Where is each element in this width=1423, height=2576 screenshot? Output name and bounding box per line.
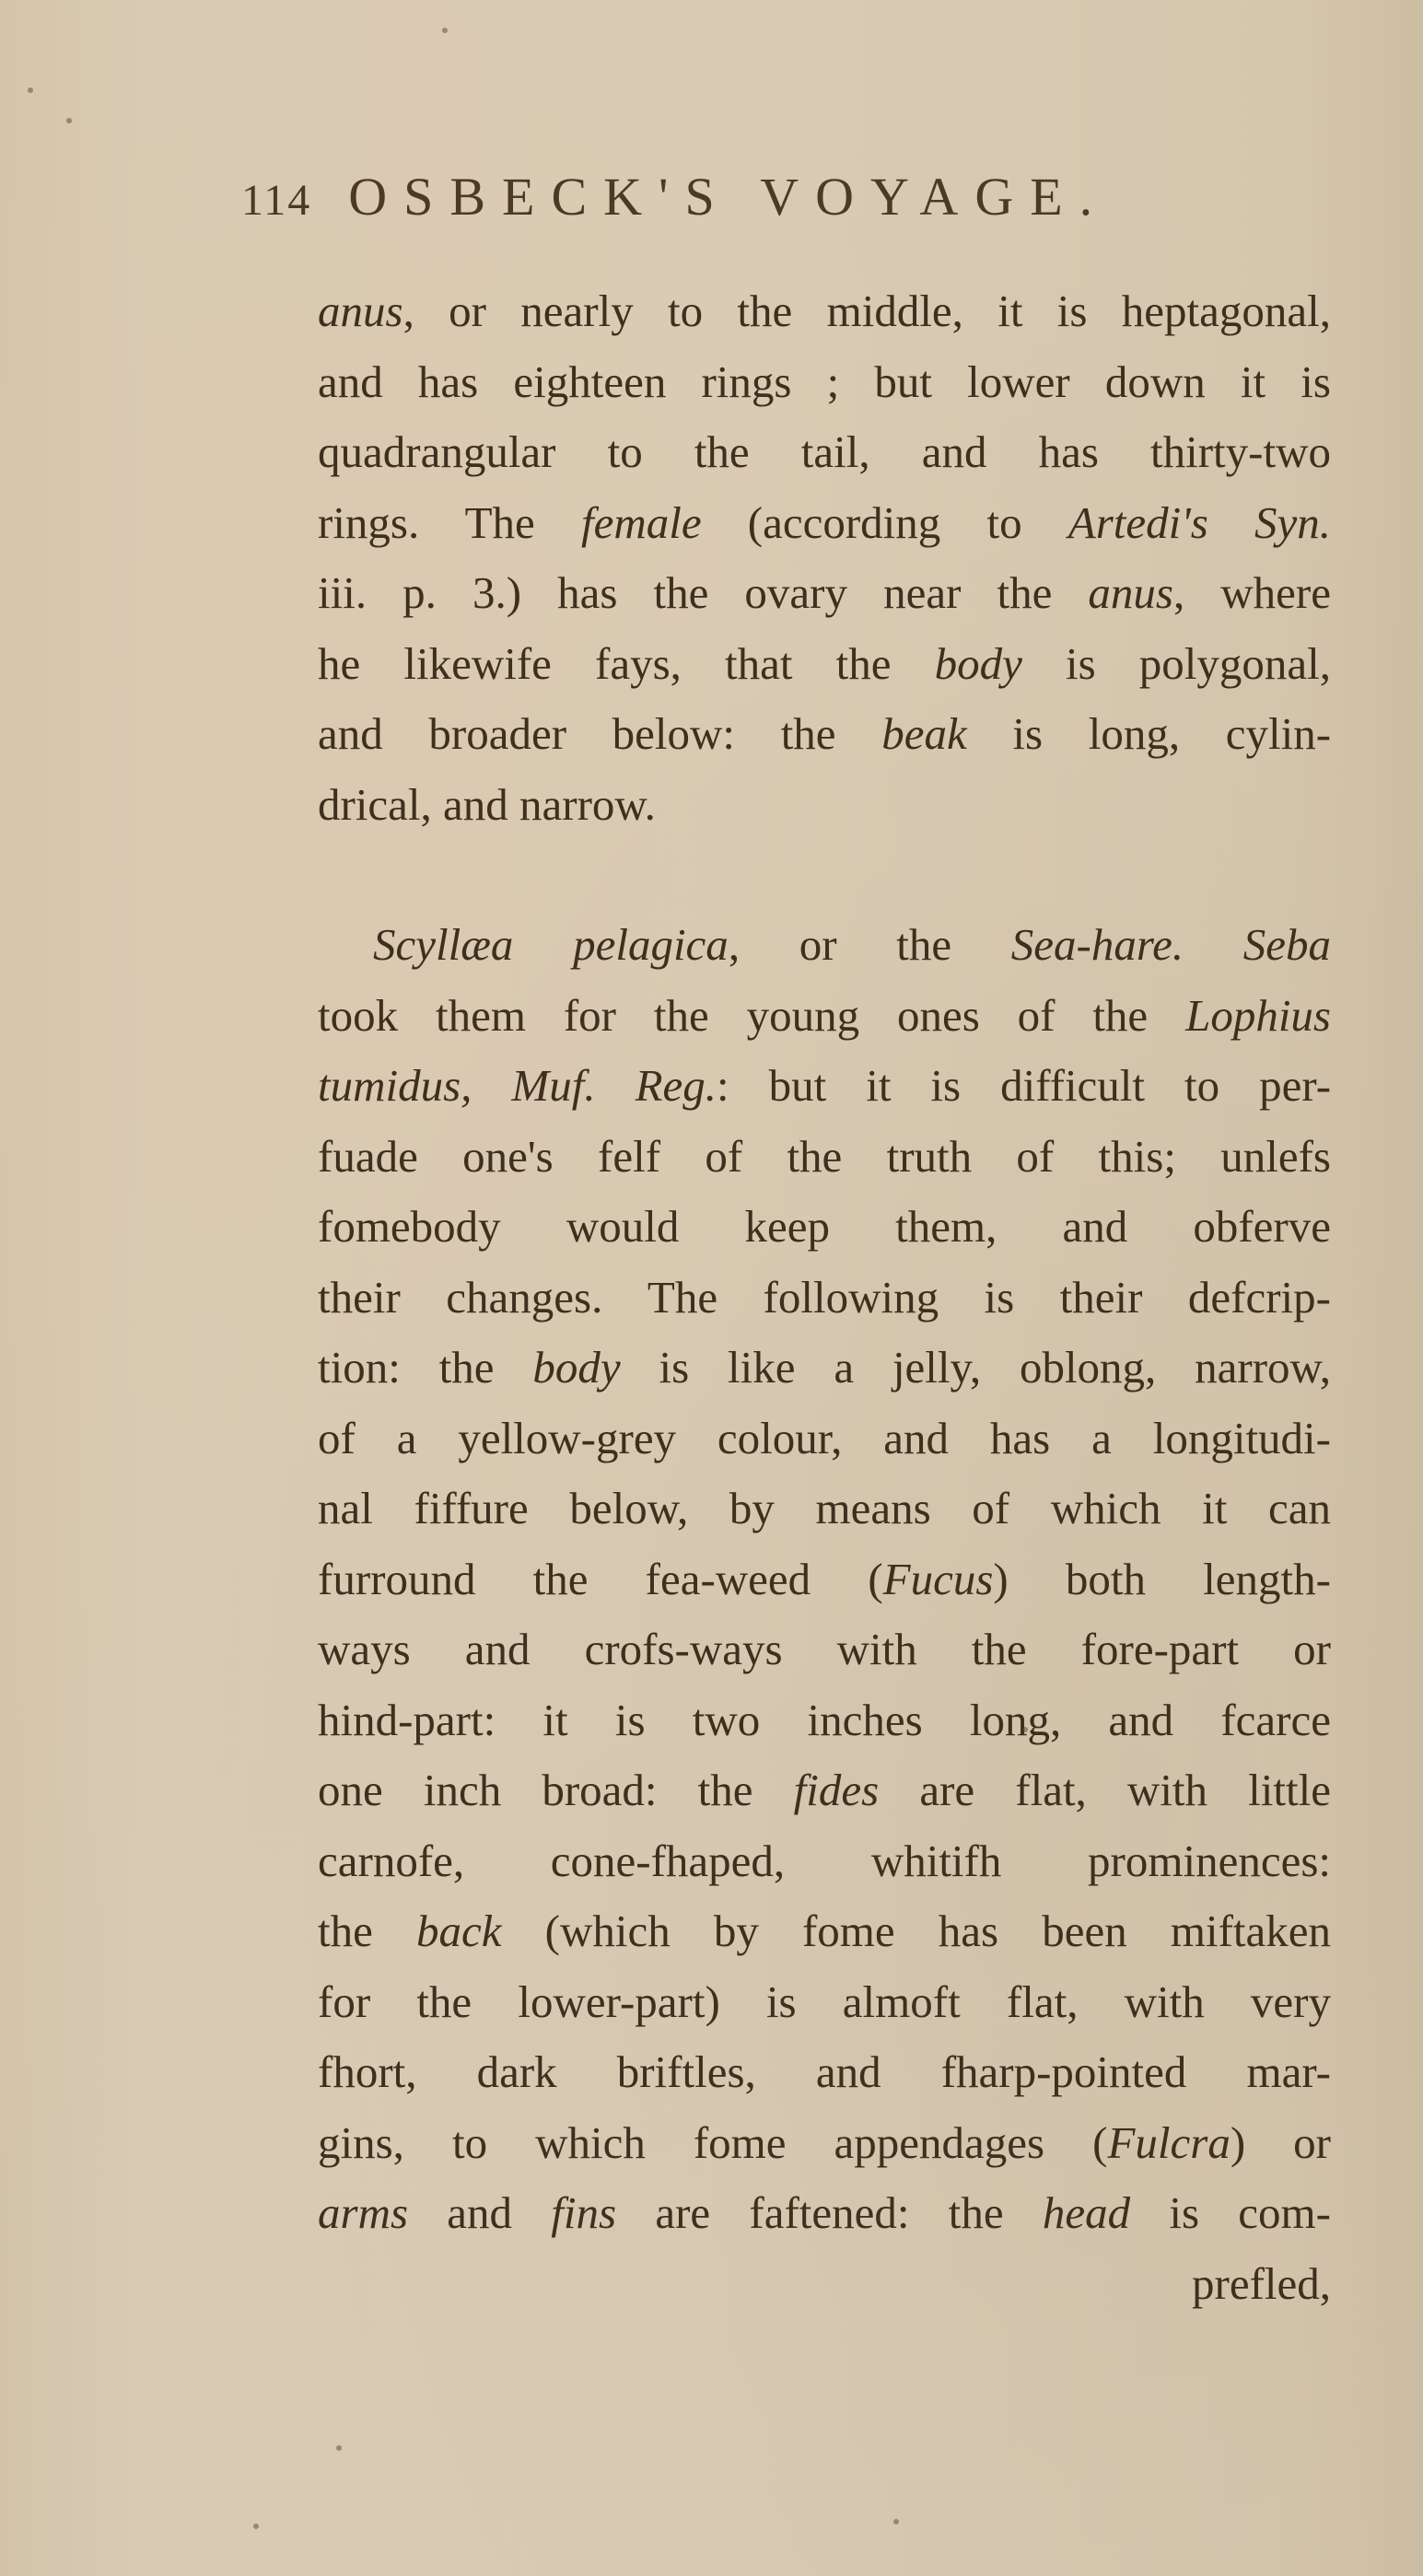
paper-speck	[336, 2445, 342, 2451]
text-line: of a yellow-grey colour, and has a longi…	[318, 1404, 1331, 1474]
text-line: fomebody would keep them, and obferve	[318, 1192, 1331, 1263]
text-line: he likewife fays, that the body is polyg…	[318, 629, 1331, 700]
text-line: drical, and narrow.	[318, 770, 1331, 841]
paper-speck	[893, 2519, 899, 2524]
text-line: fhort, dark briftles, and fharp-pointed …	[318, 2037, 1331, 2108]
paper-speck	[253, 2524, 259, 2529]
page-header: 114 OSBECK'S VOYAGE.	[241, 166, 1254, 267]
text-line: the back (which by fome has been miftake…	[318, 1896, 1331, 1967]
text-line: gins, to which fome appendages (Fulcra) …	[318, 2108, 1331, 2179]
text-line: carnofe, cone-fhaped, whitifh prominence…	[318, 1826, 1331, 1897]
text-line: their changes. The following is their de…	[318, 1263, 1331, 1334]
text-line: arms and fins are faftened: the head is …	[318, 2178, 1331, 2249]
paper-speck	[1022, 1727, 1028, 1732]
text-line: tumidus, Muf. Reg.: but it is difficult …	[318, 1051, 1331, 1122]
text-line: hind-part: it is two inches long, and fc…	[318, 1685, 1331, 1756]
catchword: prefled,	[318, 2249, 1331, 2320]
text-line: nal fiffure below, by means of which it …	[318, 1474, 1331, 1544]
text-line: and has eighteen rings ; but lower down …	[318, 347, 1331, 418]
text-line: furround the fea-weed (Fucus) both lengt…	[318, 1544, 1331, 1615]
text-line: for the lower-part) is almoft flat, with…	[318, 1967, 1331, 2038]
paragraph-pipefish-description: anus, or nearly to the middle, it is hep…	[318, 276, 1331, 840]
paper-speck	[442, 28, 448, 33]
text-line: took them for the young ones of the Loph…	[318, 981, 1331, 1052]
book-page: 114 OSBECK'S VOYAGE. anus, or nearly to …	[0, 0, 1423, 2576]
page-number: 114	[241, 175, 311, 226]
text-line: rings. The female (according to Artedi's…	[318, 488, 1331, 559]
paper-speck	[28, 87, 33, 93]
text-line: iii. p. 3.) has the ovary near the anus,…	[318, 558, 1331, 629]
text-line: quadrangular to the tail, and has thirty…	[318, 417, 1331, 488]
text-line: tion: the body is like a jelly, oblong, …	[318, 1333, 1331, 1404]
text-line: fuade one's felf of the truth of this; u…	[318, 1122, 1331, 1193]
running-title: OSBECK'S VOYAGE.	[348, 166, 1109, 227]
paper-speck	[66, 118, 72, 123]
text-line: Scyllæa pelagica, or the Sea-hare. Seba	[318, 910, 1331, 981]
text-line: one inch broad: the fides are flat, with…	[318, 1755, 1331, 1826]
text-line: and broader below: the beak is long, cyl…	[318, 699, 1331, 770]
body-text: anus, or nearly to the middle, it is hep…	[318, 276, 1331, 2319]
text-line: anus, or nearly to the middle, it is hep…	[318, 276, 1331, 347]
text-line: ways and crofs-ways with the fore-part o…	[318, 1614, 1331, 1685]
paragraph-sea-hare-description: Scyllæa pelagica, or the Sea-hare. Seba …	[318, 910, 1331, 2319]
